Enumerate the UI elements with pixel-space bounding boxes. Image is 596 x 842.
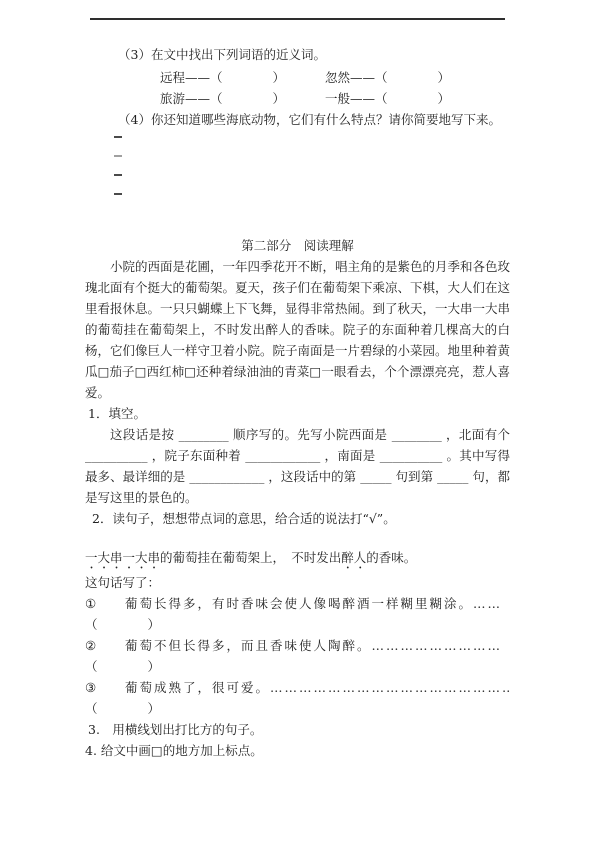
option-3-number: ③ (85, 677, 125, 698)
reading-passage: 小院的西面是花圃，一年四季花开不断，唱主角的是紫色的月季和各色玫瑰北面有个挺大的… (85, 256, 510, 403)
option-2-text: 葡萄不但长得多，而且香味使人陶醉。……………………… (125, 635, 510, 656)
synonym-pair-yiban: 一般——（ ） (325, 88, 450, 109)
q1-fill-in-text: 这段话是按 ________ 顺序写的。先写小院西面是 ________ ，北面… (85, 424, 510, 508)
top-divider-rule (90, 18, 505, 20)
option-1-text: 葡萄长得多，有时香味会使人像喝醉酒一样糊里糊涂。…… (125, 593, 510, 614)
emphasized-phrase-2: 醉人 (341, 550, 366, 565)
answer-line-mark-4 (114, 193, 122, 195)
synonym-pair-lvyou: 旅游——（ ） (160, 88, 325, 109)
option-1-line: ① 葡萄长得多，有时香味会使人像喝醉酒一样糊里糊涂。…… (85, 593, 510, 614)
q3-label: 3. 用横线划出打比方的句子。 (85, 719, 510, 740)
synonym-row-1: 远程——（ ） 忽然——（ ） (85, 67, 510, 88)
option-1-number: ① (85, 593, 125, 614)
q1-label: 1．填空。 (85, 403, 510, 424)
option-2-number: ② (85, 635, 125, 656)
part2-title: 第二部分 阅读理解 (85, 235, 510, 256)
option-3-line: ③ 葡萄成熟了，很可爱。……………………………………………… (85, 677, 510, 698)
worksheet-content: （3）在文中找出下列词语的近义词。 远程——（ ） 忽然——（ ） 旅游——（ … (85, 44, 510, 761)
option-3-answer-bracket: （ ） (85, 698, 510, 719)
option-3-text: 葡萄成熟了，很可爱。……………………………………………… (125, 677, 510, 698)
option-1-answer-bracket: （ ） (85, 614, 510, 635)
q3-synonyms-heading: （3）在文中找出下列词语的近义词。 (85, 44, 510, 65)
sentence-end: 的香味。 (366, 550, 416, 565)
synonym-pair-huran: 忽然——（ ） (325, 67, 450, 88)
synonym-row-2: 旅游——（ ） 一般——（ ） (85, 88, 510, 109)
option-2-line: ② 葡萄不但长得多，而且香味使人陶醉。……………………… (85, 635, 510, 656)
q2-prompt: 这句话写了： (85, 572, 510, 593)
answer-lines-block (85, 136, 510, 195)
q2-label: 2．读句子，想想带点词的意思，给合适的说法打“√”。 (85, 508, 510, 529)
q4-label: 4. 给文中画□的地方加上标点。 (85, 740, 510, 761)
q2-example-sentence: 一大串一大串的葡萄挂在葡萄架上， 不时发出醉人的香味。 (85, 545, 510, 572)
sentence-middle: 的葡萄挂在葡萄架上， 不时发出 (160, 550, 341, 565)
answer-line-mark-1 (114, 136, 122, 138)
answer-line-mark-3 (114, 174, 122, 176)
worksheet-page: （3）在文中找出下列词语的近义词。 远程——（ ） 忽然——（ ） 旅游——（ … (0, 0, 596, 842)
q4-sea-animals-heading: （4）你还知道哪些海底动物，它们有什么特点？请你简要地写下来。 (85, 109, 510, 130)
answer-line-mark-2 (114, 155, 122, 157)
emphasized-phrase-1: 一大串一大串 (85, 550, 160, 565)
synonym-pair-yuancheng: 远程——（ ） (160, 67, 325, 88)
option-2-answer-bracket: （ ） (85, 656, 510, 677)
